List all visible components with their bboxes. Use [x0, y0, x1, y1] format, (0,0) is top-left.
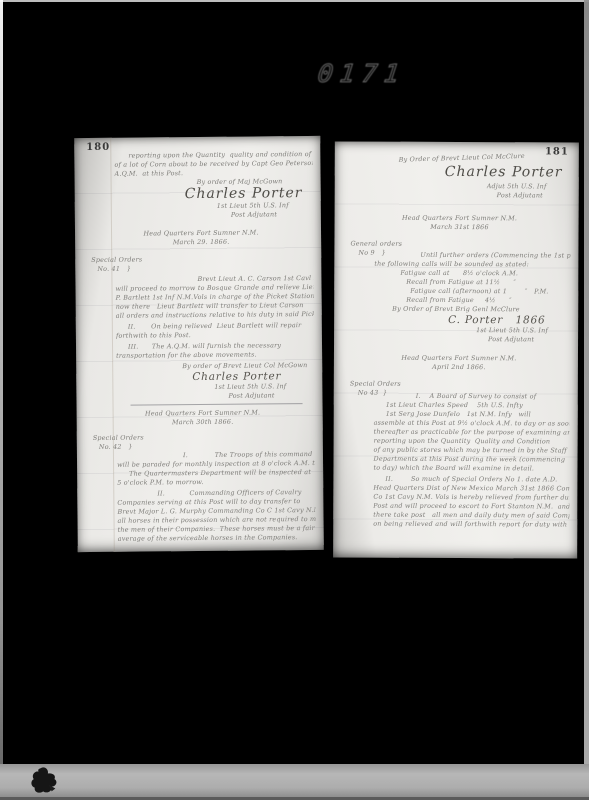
handwriting-line: Adjut 5th U.S. Inf: [487, 182, 571, 191]
ink-blot-mark: [28, 766, 64, 796]
handwriting-line: March 29. 1866.: [89, 237, 313, 248]
handwriting-line: April 2nd 1866.: [348, 363, 570, 373]
microfilm-frame: 0171 180 reporting upon the Quantity qua…: [0, 0, 589, 800]
handwriting-line: March 31st 1866: [349, 223, 571, 233]
page-content-left: reporting upon the Quantity quality and …: [74, 146, 324, 552]
handwriting-line: 5 o'clock P.M. to morrow.: [117, 477, 315, 488]
handwriting-line: transportation for the above movements.: [116, 350, 314, 361]
ruled-separator: [131, 403, 303, 406]
handwriting-line: March 30th 1866.: [91, 417, 315, 428]
ledger-page-left: 180 reporting upon the Quantity quality …: [74, 136, 324, 552]
page-content-right: By Order of Brevt Lieut Col McClureCharl…: [333, 151, 579, 558]
handwriting-line: By Order of Brevt Lieut Col McClure: [399, 151, 571, 164]
handwriting-line: No. 41 }: [97, 263, 313, 274]
handwriting-line: Post Adjutant: [488, 335, 570, 344]
handwriting-line: forthwith to this Post.: [116, 330, 314, 341]
handwriting-line: Charles Porter: [185, 186, 313, 202]
handwriting-line: C. Porter 1866: [448, 314, 570, 327]
handwriting-line: Post Adjutant: [231, 210, 313, 220]
handwriting-line: of a lot of Corn about to be received by…: [114, 159, 312, 170]
handwriting-line: Charles Porter: [192, 370, 314, 383]
handwriting-line: Post Adjutant: [497, 191, 571, 200]
film-edge-right: [584, 0, 589, 764]
handwriting-line: The Quartermasters Department will be in…: [129, 468, 315, 479]
ledger-page-right: 181 By Order of Brevt Lieut Col McClureC…: [333, 141, 579, 558]
handwriting-line: all orders and instructions relative to …: [116, 310, 314, 321]
handwriting-line: II. On being relieved Lieut Bartlett wil…: [128, 321, 314, 332]
handwriting-line: Charles Porter: [445, 165, 571, 181]
handwriting-line: By Order of Brevt Brig Genl McClure: [392, 305, 570, 315]
film-bottom-strip: [0, 764, 589, 797]
frame-counter: 0171: [316, 59, 408, 88]
film-edge-top: [0, 0, 589, 2]
handwriting-line: on being relieved and will forthwith rep…: [373, 520, 569, 530]
handwriting-line: average of the serviceable horses in the…: [118, 533, 316, 544]
handwriting-line: Post Adjutant: [228, 391, 314, 401]
handwriting-line: to day) which the Board will examine in …: [373, 464, 569, 474]
film-edge-left: [0, 0, 3, 764]
handwriting-line: 1st Lieut 5th U.S. Inf: [476, 326, 570, 335]
